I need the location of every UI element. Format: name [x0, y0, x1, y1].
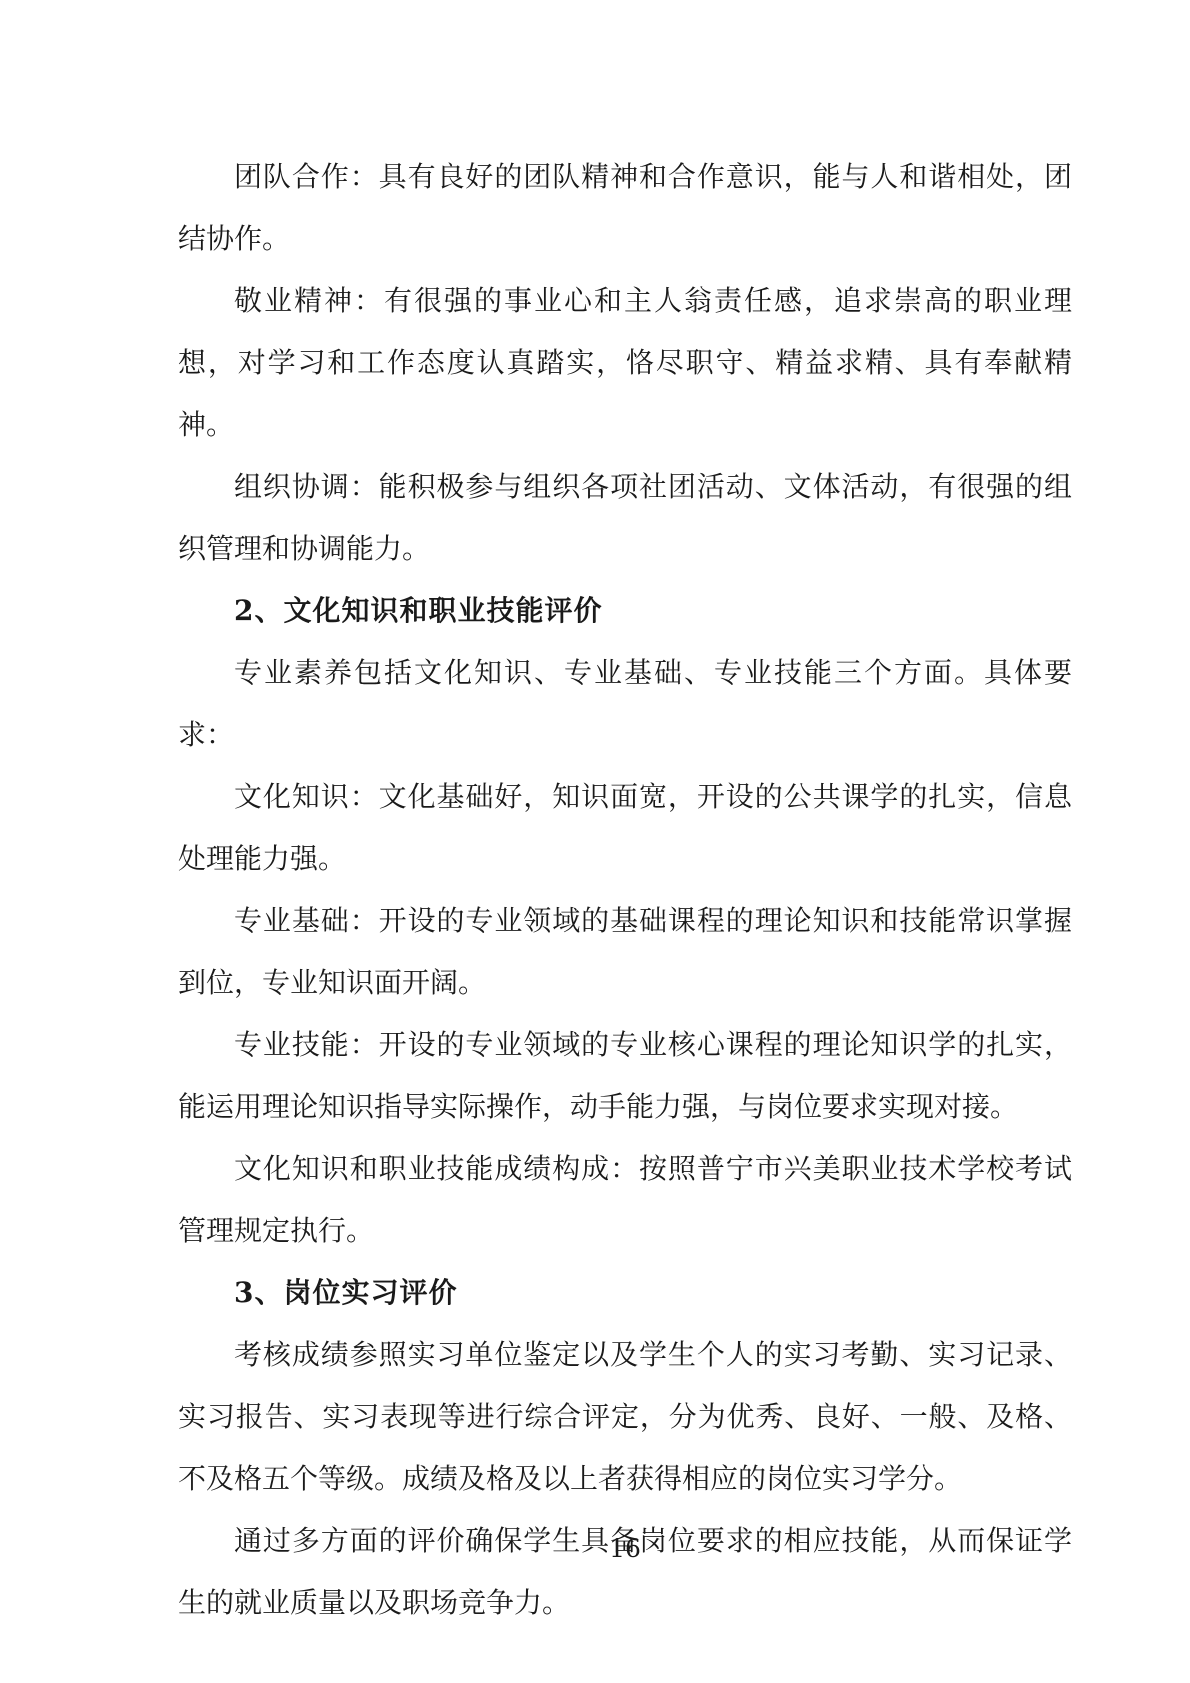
body-paragraph: 通过多方面的评价确保学生具备岗位要求的相应技能，从而保证学生的就业质量以及职场竞…	[178, 1510, 1072, 1634]
body-paragraph: 敬业精神：有很强的事业心和主人翁责任感，追求崇高的职业理想，对学习和工作态度认真…	[178, 270, 1072, 456]
document-content: 团队合作：具有良好的团队精神和合作意识，能与人和谐相处，团结协作。敬业精神：有很…	[178, 146, 1072, 1634]
body-paragraph: 文化知识：文化基础好，知识面宽，开设的公共课学的扎实，信息处理能力强。	[178, 766, 1072, 890]
body-paragraph: 专业基础：开设的专业领域的基础课程的理论知识和技能常识掌握到位，专业知识面开阔。	[178, 890, 1072, 1014]
body-paragraph: 专业素养包括文化知识、专业基础、专业技能三个方面。具体要求：	[178, 642, 1072, 766]
body-paragraph: 组织协调：能积极参与组织各项社团活动、文体活动，有很强的组织管理和协调能力。	[178, 456, 1072, 580]
body-paragraph: 考核成绩参照实习单位鉴定以及学生个人的实习考勤、实习记录、实习报告、实习表现等进…	[178, 1324, 1072, 1510]
page-number: 16	[178, 1534, 1072, 1564]
section-heading: 3、岗位实习评价	[178, 1262, 1072, 1324]
section-heading: 2、文化知识和职业技能评价	[178, 580, 1072, 642]
body-paragraph: 团队合作：具有良好的团队精神和合作意识，能与人和谐相处，团结协作。	[178, 146, 1072, 270]
document-page: 团队合作：具有良好的团队精神和合作意识，能与人和谐相处，团结协作。敬业精神：有很…	[0, 0, 1190, 1683]
body-paragraph: 专业技能：开设的专业领域的专业核心课程的理论知识学的扎实，能运用理论知识指导实际…	[178, 1014, 1072, 1138]
body-paragraph: 文化知识和职业技能成绩构成：按照普宁市兴美职业技术学校考试管理规定执行。	[178, 1138, 1072, 1262]
